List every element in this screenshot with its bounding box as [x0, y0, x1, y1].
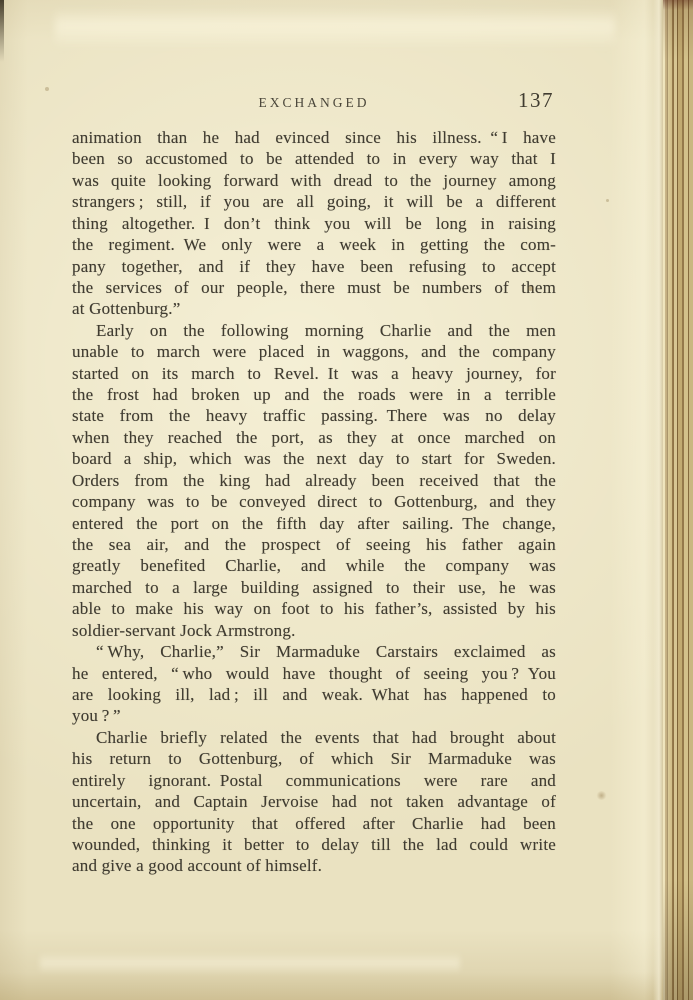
text-line: the one opportunity that offered after C… [72, 813, 556, 834]
page-number: 137 [518, 88, 554, 113]
paragraph: Charlie briefly related the events that … [72, 727, 556, 877]
paragraph: animation than he had evinced since his … [72, 127, 556, 320]
text-line: board a ship, which was the next day to … [72, 448, 556, 469]
foxing-speck [528, 286, 533, 291]
text-line: the sea air, and the prospect of seeing … [72, 534, 556, 555]
paper-light-streak-top [55, 8, 615, 48]
scanner-edge-sliver [0, 0, 4, 62]
text-line: “ Why, Charlie,” Sir Marmaduke Carstairs… [72, 641, 556, 662]
text-line: been so accustomed to be attended to in … [72, 148, 556, 169]
text-line: state from the heavy traffic passing. Th… [72, 405, 556, 426]
text-line: greatly benefited Charlie, and while the… [72, 555, 556, 576]
foxing-speck [140, 266, 143, 269]
paragraph: “ Why, Charlie,” Sir Marmaduke Carstairs… [72, 641, 556, 727]
page-text: animation than he had evinced since his … [72, 127, 556, 877]
text-line: Charlie briefly related the events that … [72, 727, 556, 748]
text-line: pany together, and if they have been ref… [72, 256, 556, 277]
text-line: soldier-servant Jock Armstrong. [72, 620, 556, 641]
text-line: company was to be conveyed direct to Got… [72, 491, 556, 512]
text-line: Early on the following morning Charlie a… [72, 320, 556, 341]
text-line: you ? ” [72, 705, 556, 726]
book-page-scan: EXCHANGED 137 animation than he had evin… [0, 0, 693, 1000]
text-line: able to make his way on foot to his fath… [72, 598, 556, 619]
text-line: are looking ill, lad ; ill and weak. Wha… [72, 684, 556, 705]
text-line: at Gottenburg.” [72, 298, 556, 319]
text-line: when they reached the port, as they at o… [72, 427, 556, 448]
text-line: and give a good account of himself. [72, 855, 556, 876]
foxing-speck [96, 803, 104, 809]
text-line: uncertain, and Captain Jervoise had not … [72, 791, 556, 812]
page-edge-gap [653, 0, 663, 1000]
foxing-speck [596, 791, 607, 800]
text-line: the services of our people, there must b… [72, 277, 556, 298]
text-line: unable to march were placed in waggons, … [72, 341, 556, 362]
text-line: he entered, “ who would have thought of … [72, 663, 556, 684]
text-line: thing altogether. I don’t think you will… [72, 213, 556, 234]
paragraph: Early on the following morning Charlie a… [72, 320, 556, 641]
paper-light-streak-bottom [40, 952, 460, 974]
text-line: animation than he had evinced since his … [72, 127, 556, 148]
text-line: started on its march to Revel. It was a … [72, 363, 556, 384]
text-line: marched to a large building assigned to … [72, 577, 556, 598]
text-line: the frost had broken up and the roads we… [72, 384, 556, 405]
page-header: EXCHANGED 137 [72, 88, 556, 118]
text-line: entirely ignorant. Postal communications… [72, 770, 556, 791]
running-title: EXCHANGED [259, 95, 370, 111]
text-line: entered the port on the fifth day after … [72, 513, 556, 534]
text-line: the regiment. We only were a week in get… [72, 234, 556, 255]
book-fore-edge [663, 0, 693, 1000]
foxing-speck [606, 199, 609, 202]
page-bottom-shadow [0, 972, 693, 1000]
text-line: wounded, thinking it better to delay til… [72, 834, 556, 855]
text-line: Orders from the king had already been re… [72, 470, 556, 491]
text-line: strangers ; still, if you are all going,… [72, 191, 556, 212]
foxing-speck [45, 87, 49, 91]
text-line: his return to Gottenburg, of which Sir M… [72, 748, 556, 769]
text-line: was quite looking forward with dread to … [72, 170, 556, 191]
